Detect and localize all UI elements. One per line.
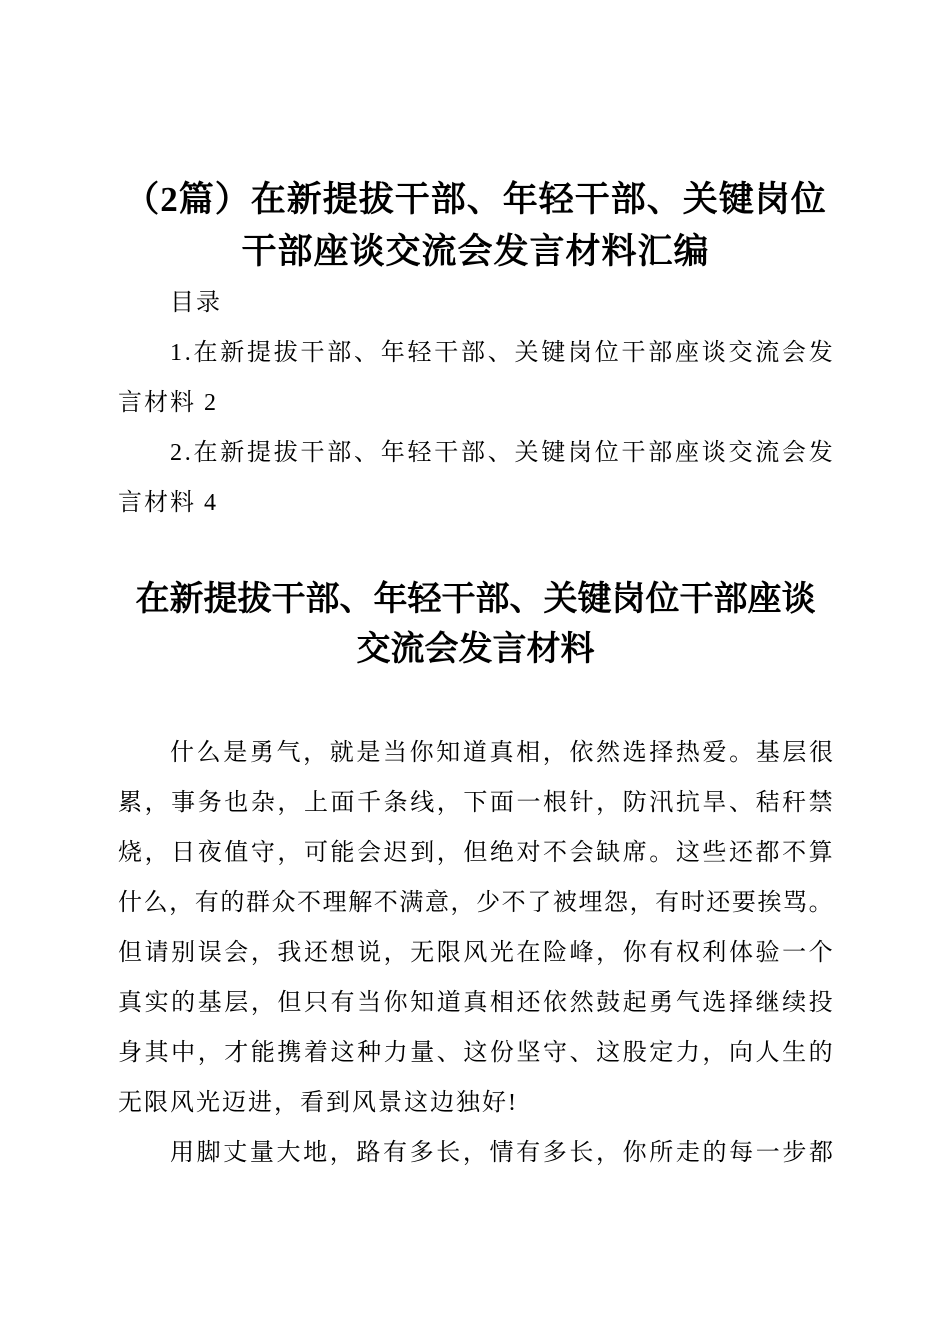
paragraph-1-line-8: 无限风光迈进，看到风景这边独好! <box>118 1078 833 1128</box>
paragraph-1: 什么是勇气，就是当你知道真相，依然选择热爱。基层很 累，事务也杂，上面千条线，下… <box>118 728 833 1128</box>
paragraph-2-line-1: 用脚丈量大地，路有多长，情有多长，你所走的每一步都 <box>118 1128 833 1178</box>
paragraph-1-line-4: 什么，有的群众不理解不满意，少不了被埋怨，有时还要挨骂。 <box>118 878 833 928</box>
document-title-line-2: 干部座谈交流会发言材料汇编 <box>118 226 833 278</box>
paragraph-1-line-3: 烧，日夜值守，可能会迟到，但绝对不会缺席。这些还都不算 <box>118 828 833 878</box>
document-title: （2篇）在新提拔干部、年轻干部、关键岗位 干部座谈交流会发言材料汇编 <box>118 174 833 278</box>
paragraph-1-line-7: 身其中，才能携着这种力量、这份坚守、这股定力，向人生的 <box>118 1028 833 1078</box>
toc-entry-1[interactable]: 1.在新提拔干部、年轻干部、关键岗位干部座谈交流会发 言材料 2 <box>118 328 833 428</box>
section-title-line-1: 在新提拔干部、年轻干部、关键岗位干部座谈 <box>118 575 833 625</box>
toc-entry-1-line-2[interactable]: 言材料 2 <box>118 378 833 428</box>
paragraph-1-line-2: 累，事务也杂，上面千条线，下面一根针，防汛抗旱、秸秆禁 <box>118 778 833 828</box>
body-text: 什么是勇气，就是当你知道真相，依然选择热爱。基层很 累，事务也杂，上面千条线，下… <box>118 728 833 1178</box>
paragraph-1-line-1: 什么是勇气，就是当你知道真相，依然选择热爱。基层很 <box>118 728 833 778</box>
toc-entry-1-line-1[interactable]: 1.在新提拔干部、年轻干部、关键岗位干部座谈交流会发 <box>118 328 833 378</box>
paragraph-1-line-5: 但请别误会，我还想说，无限风光在险峰，你有权利体验一个 <box>118 928 833 978</box>
paragraph-1-line-6: 真实的基层，但只有当你知道真相还依然鼓起勇气选择继续投 <box>118 978 833 1028</box>
toc-heading: 目录 <box>118 278 833 328</box>
toc-entry-2[interactable]: 2.在新提拔干部、年轻干部、关键岗位干部座谈交流会发 言材料 4 <box>118 428 833 528</box>
section-title-line-2: 交流会发言材料 <box>118 625 833 675</box>
table-of-contents: 目录 1.在新提拔干部、年轻干部、关键岗位干部座谈交流会发 言材料 2 2.在新… <box>118 278 833 528</box>
section-title: 在新提拔干部、年轻干部、关键岗位干部座谈 交流会发言材料 <box>118 575 833 675</box>
toc-entry-2-line-2[interactable]: 言材料 4 <box>118 478 833 528</box>
document-title-line-1: （2篇）在新提拔干部、年轻干部、关键岗位 <box>118 174 833 226</box>
toc-entry-2-line-1[interactable]: 2.在新提拔干部、年轻干部、关键岗位干部座谈交流会发 <box>118 428 833 478</box>
paragraph-2: 用脚丈量大地，路有多长，情有多长，你所走的每一步都 <box>118 1128 833 1178</box>
document-content: （2篇）在新提拔干部、年轻干部、关键岗位 干部座谈交流会发言材料汇编 目录 1.… <box>118 174 833 1178</box>
document-page: （2篇）在新提拔干部、年轻干部、关键岗位 干部座谈交流会发言材料汇编 目录 1.… <box>0 0 950 1344</box>
